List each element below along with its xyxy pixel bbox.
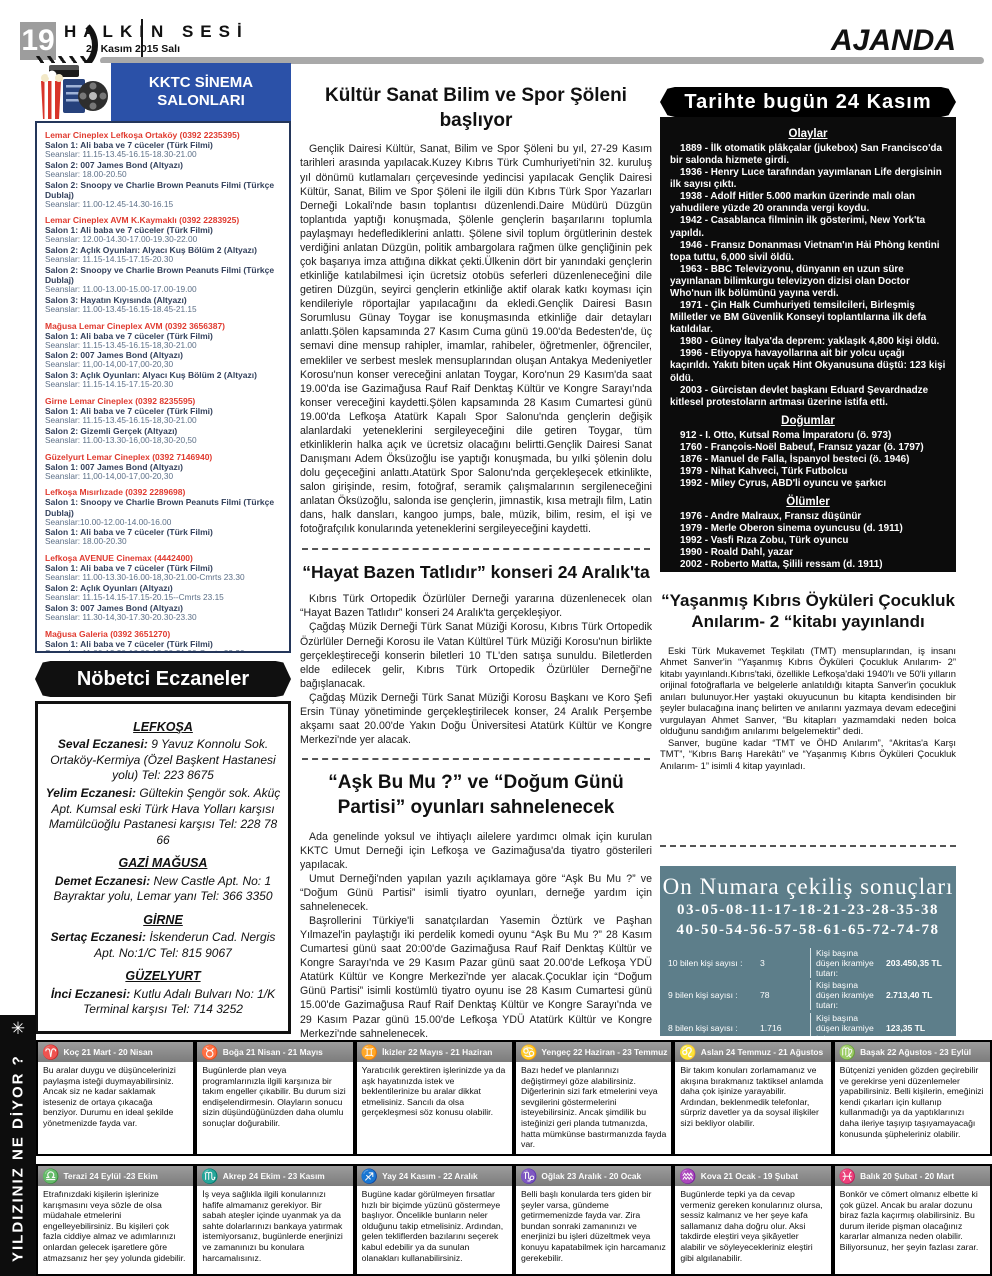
horoscope-header-terazi: ♎Terazi 24 Eylül -23 Ekim (38, 1166, 193, 1186)
history-birth: 1760 - François-Noël Babeuf, Fransız yaz… (670, 442, 946, 454)
pharmacy-city: GİRNE (44, 912, 282, 928)
cinema-venue: Lemar Cineplex AVM K.Kaymaklı (0392 2283… (45, 215, 281, 314)
cinema-showtimes: Seanslar: 12.00-14.30-17.00-19.30-22.00 (45, 235, 281, 245)
cinema-film-title: Salon 2: Snoopy ve Charlie Brown Peanuts… (45, 180, 281, 200)
lottery-numbers-line2: 40-50-54-56-57-58-61-65-72-74-78 (660, 920, 956, 940)
lottery-prize-amount: 2.713,40 TL (886, 990, 948, 1000)
article-paragraph: Başrollerini Türkiye'li sanatçılardan Ya… (300, 914, 652, 1041)
cinema-showtimes: Seanslar: 18.00-20.50 (45, 170, 281, 180)
article-3-body: Ada genelinde yoksul ve ihtiyaçlı ailele… (300, 830, 652, 1055)
cinema-header: KKTC SİNEMA SALONLARI (35, 63, 291, 121)
lottery-tier-label: 10 bilen kişi sayısı : (668, 958, 756, 968)
horoscope-title-kova: Kova 21 Ocak - 19 Şubat (701, 1171, 798, 1181)
horoscope-text-basak: Bütçenizi yeniden gözden geçirebilir ve … (835, 1062, 990, 1142)
pharmacy-entry: Sertaç Eczanesi: İskenderun Cad. Nergis … (44, 930, 282, 961)
history-event: 1946 - Fransız Donanması Vietnam'ın Hải … (670, 240, 946, 264)
pharmacy-name: Yelim Eczanesi: (46, 786, 140, 800)
history-death: 1992 - Vasfi Rıza Zobu, Türk oyuncu (670, 535, 946, 547)
horoscope-side-banner: ✳ YILDIZINIZ NE DİYOR ? (0, 1015, 36, 1276)
horoscope-header-boga: ♉Boğa 21 Nisan - 21 Mayıs (197, 1042, 352, 1062)
koc-zodiac-icon: ♈ (42, 1045, 59, 1059)
history-death: 1979 - Merle Oberon sinema oyuncusu (d. … (670, 523, 946, 535)
cinema-showtimes: Seanslar: 11.00-13.45-16.15-18.45-21.15 (45, 305, 281, 315)
lottery-prize-label: Kişi başına düşen ikramiye tutarı: (810, 980, 882, 1010)
cinema-venue-name: Girne Lemar Cineplex (0392 8235595) (45, 396, 281, 406)
cinema-showtimes: Seanslar: 11.00-13.30-16.00-18,30-21.00-… (45, 649, 281, 653)
horoscope-header-basak: ♍Başak 22 Ağustos - 23 Eylül (835, 1042, 990, 1062)
yay-zodiac-icon: ♐ (361, 1169, 378, 1183)
horoscope-yengec: ♋Yengeç 22 Haziran - 23 TemmuzBazı hedef… (514, 1040, 673, 1156)
pharmacy-entry: Seval Eczanesi: 9 Yavuz Konnolu Sok. Ort… (44, 737, 282, 784)
horoscope-text-boga: Bugünlerde plan veya programlarınızla il… (197, 1062, 352, 1132)
horoscope-title-oglak: Oğlak 23 Aralık - 20 Ocak (541, 1171, 641, 1181)
horoscope-title-akrep: Akrep 24 Ekim - 23 Kasım (223, 1171, 325, 1181)
horoscope-text-yay: Bugüne kadar görülmeyen fırsatlar hızlı … (357, 1186, 512, 1266)
horoscope-title-koc: Koç 21 Mart - 20 Nisan (63, 1047, 152, 1057)
history-event: 1996 - Etiyopya havayollarına ait bir yo… (670, 348, 946, 384)
aslan-zodiac-icon: ♌ (679, 1045, 696, 1059)
horoscope-title-basak: Başak 22 Ağustos - 23 Eylül (860, 1047, 971, 1057)
cinema-venue-name: Lemar Cineplex Lefkoşa Ortaköy (0392 223… (45, 130, 281, 140)
article-paragraph: Gençlik Dairesi Kültür, Sanat, Bilim ve … (300, 142, 652, 536)
horoscope-text-kova: Bugünlerde tepki ya da cevap vermeniz ge… (675, 1186, 830, 1266)
horoscope-title-ikizler: İkizler 22 Mayıs - 21 Haziran (382, 1047, 492, 1057)
history-birth: 1979 - Nihat Kahveci, Türk Futbolcu (670, 466, 946, 478)
middle-column: Kültür Sanat Bilim ve Spor Şöleni başlıy… (300, 84, 652, 1055)
article-1-title: Kültür Sanat Bilim ve Spor Şöleni başlıy… (300, 84, 652, 133)
horoscope-balik: ♓Balık 20 Şubat - 20 MartBonkör ve cömer… (833, 1164, 992, 1276)
horoscope-text-oglak: Belli başlı konularda ters giden bir şey… (516, 1186, 671, 1266)
horoscope-header-yay: ♐Yay 24 Kasım - 22 Aralık (357, 1166, 512, 1186)
horoscope-header-akrep: ♏Akrep 24 Ekim - 23 Kasım (197, 1166, 352, 1186)
terazi-zodiac-icon: ♎ (42, 1169, 59, 1183)
horoscope-text-terazi: Etrafınızdaki kişilerin işlerinize karış… (38, 1186, 193, 1266)
dashed-separator (302, 548, 650, 550)
cinema-showtimes: Seanslar: 11.15-13.45-16.15-18,30-21.00 (45, 416, 281, 426)
on-this-day-banner: Tarihte bugün 24 Kasım (660, 87, 956, 117)
pharmacy-entry: Demet Eczanesi: New Castle Apt. No: 1 Ba… (44, 874, 282, 905)
horoscope-terazi: ♎Terazi 24 Eylül -23 EkimEtrafınızdaki k… (36, 1164, 195, 1276)
cinema-showtimes: Seanslar:10.00-12.00-14.00-16.00 (45, 518, 281, 528)
history-birth: 1876 - Manuel de Falla, İspanyol besteci… (670, 454, 946, 466)
akrep-zodiac-icon: ♏ (201, 1169, 218, 1183)
cinema-venue: Lefkoşa Mısırlızade (0392 2289698)Salon … (45, 487, 281, 547)
cinema-showtimes: Seanslar: 11.15-13.45-16.15-18.30-21.00 (45, 150, 281, 160)
article-2-body: Kıbrıs Türk Ortopedik Özürlüler Derneği … (300, 592, 652, 747)
balik-zodiac-icon: ♓ (839, 1169, 856, 1183)
newspaper-page: 19 HALKIN SESİ 24 Kasım 2015 Salı AJANDA (0, 0, 992, 1276)
lottery-tier-label: 8 bilen kişi sayısı : (668, 1023, 756, 1033)
cinema-venue: Güzelyurt Lemar Cineplex (0392 7146940)S… (45, 452, 281, 482)
pharmacy-name: Demet Eczanesi: (55, 874, 154, 888)
article-paragraph: Çağdaş Müzik Derneği Türk Sanat Müziği K… (300, 691, 652, 747)
cinema-venue: Mağusa Lemar Cineplex AVM (0392 3656387)… (45, 321, 281, 390)
article-1-body: Gençlik Dairesi Kültür, Sanat, Bilim ve … (300, 142, 652, 536)
cinema-venue-name: Mağusa Galeria (0392 3651270) (45, 629, 281, 639)
lottery-prize-label: Kişi başına düşen ikramiye tutarı: (810, 1013, 882, 1037)
history-death: 1976 - Andre Malraux, Fransız düşünür (670, 511, 946, 523)
pharmacy-city: LEFKOŞA (44, 719, 282, 735)
cinema-venue: Girne Lemar Cineplex (0392 8235595)Salon… (45, 396, 281, 446)
book-article-body: Eski Türk Mukavemet Teşkilatı (TMT) mens… (660, 645, 956, 771)
article-paragraph: Çağdaş Müzik Derneği Türk Sanat Müziği K… (300, 620, 652, 690)
dashed-separator (302, 758, 650, 760)
horoscope-header-oglak: ♑Oğlak 23 Aralık - 20 Ocak (516, 1166, 671, 1186)
basak-zodiac-icon: ♍ (839, 1045, 856, 1059)
lottery-tier-label: 9 bilen kişi sayısı : (668, 990, 756, 1000)
history-event: 1942 - Casablanca filminin ilk gösterimi… (670, 215, 946, 239)
cinema-showtimes: Seanslar: 11.00-13.30-16.00-18,30-21.00-… (45, 573, 281, 583)
cinema-venue: Lemar Cineplex Lefkoşa Ortaköy (0392 223… (45, 130, 281, 209)
masthead-date: 24 Kasım 2015 Salı (86, 43, 180, 55)
history-birth: 1992 - Miley Cyrus, ABD'li oyuncu ve şar… (670, 478, 946, 490)
horoscope-boga: ♉Boğa 21 Nisan - 21 MayısBugünlerde plan… (195, 1040, 354, 1156)
history-death: 1990 - Roald Dahl, yazar (670, 547, 946, 559)
horoscope-title-yay: Yay 24 Kasım - 22 Aralık (382, 1171, 478, 1181)
cinema-showtimes: Seanslar: 11.15-14.15-17.15-20.30 (45, 255, 281, 265)
horoscope-text-aslan: Bir takım konuları zorlamamanız ve akışı… (675, 1062, 830, 1132)
pharmacy-group: GÜZELYURTİnci Eczanesi: Kutlu Adalı Bulv… (44, 968, 282, 1017)
history-event: 1938 - Adolf Hitler 5.000 markın üzerind… (670, 191, 946, 215)
book-article-title: “Yaşanmış Kıbrıs Öyküleri Çocukluk Anıla… (660, 590, 956, 633)
cinema-popcorn-reel-icon (35, 63, 111, 121)
masthead-title: HALKIN SESİ (64, 22, 249, 42)
cinema-venue: Mağusa Galeria (0392 3651270)Salon 1: Al… (45, 629, 281, 654)
lottery-prize-amount: 203.450,35 TL (886, 958, 948, 968)
cinema-title: KKTC SİNEMA SALONLARI (111, 63, 291, 121)
cinema-showtimes: Seanslar: 18.00-20.30 (45, 537, 281, 547)
horoscope-grid: ♈Koç 21 Mart - 20 NisanBu aralar duygu v… (36, 1040, 992, 1276)
article-paragraph: Eski Türk Mukavemet Teşkilatı (TMT) mens… (660, 645, 956, 737)
cinema-showtimes: Seanslar: 11.00-13.00-15.00-17.00-19.00 (45, 285, 281, 295)
horoscope-header-yengec: ♋Yengeç 22 Haziran - 23 Temmuz (516, 1042, 671, 1062)
horoscope-text-balik: Bonkör ve cömert olmanız elbette ki çok … (835, 1186, 990, 1256)
history-event: 1980 - Güney İtalya'da deprem: yaklaşık … (670, 336, 946, 348)
horoscope-text-koc: Bu aralar duygu ve düşüncelerinizi payla… (38, 1062, 193, 1132)
horoscope-text-ikizler: Yaratıcılık gerektiren işlerinizde ya da… (357, 1062, 512, 1121)
horoscope-text-akrep: İş veya sağlıkla ilgili konularınızı haf… (197, 1186, 352, 1266)
horoscope-oglak: ♑Oğlak 23 Aralık - 20 OcakBelli başlı ko… (514, 1164, 673, 1276)
pharmacy-city: GÜZELYURT (44, 968, 282, 984)
article-paragraph: Ada genelinde yoksul ve ihtiyaçlı ailele… (300, 830, 652, 872)
cinema-showtimes: Seanslar: 11.15-14.15-17.15-20.30 (45, 380, 281, 390)
ikizler-zodiac-icon: ♊ (361, 1045, 378, 1059)
cinema-venue: Lefkoşa AVENUE Cinemax (4442400)Salon 1:… (45, 553, 281, 622)
pharmacy-entry: İnci Eczanesi: Kutlu Adalı Bulvarı No: 1… (44, 987, 282, 1018)
article-paragraph: Sanver, bugüne kadar “TMT ve ÖHD Anıları… (660, 737, 956, 771)
lottery-tier-count: 1.716 (760, 1023, 806, 1033)
pharmacy-group: GAZİ MAĞUSADemet Eczanesi: New Castle Ap… (44, 855, 282, 904)
history-birth-heading: Doğumlar (670, 414, 946, 428)
cinema-film-title: Salon 2: Snoopy ve Charlie Brown Peanuts… (45, 265, 281, 285)
pharmacy-name: Sertaç Eczanesi: (51, 930, 150, 944)
pharmacies-banner: Nöbetci Eczaneler (35, 661, 291, 697)
article-3-title: “Aşk Bu Mu ?” ve “Doğum Günü Partisi” oy… (300, 771, 652, 820)
kova-zodiac-icon: ♒ (679, 1169, 696, 1183)
cinema-venue-name: Güzelyurt Lemar Cineplex (0392 7146940) (45, 452, 281, 462)
history-event: 1971 - Çin Halk Cumhuriyeti temsilcileri… (670, 300, 946, 336)
pharmacy-city: GAZİ MAĞUSA (44, 855, 282, 871)
horoscope-title-balik: Balık 20 Şubat - 20 Mart (860, 1171, 954, 1181)
cinema-listings: Lemar Cineplex Lefkoşa Ortaköy (0392 223… (35, 121, 291, 653)
lottery-prize-amount: 123,35 TL (886, 1023, 948, 1033)
horoscope-header-koc: ♈Koç 21 Mart - 20 Nisan (38, 1042, 193, 1062)
horoscope-banner-text: YILDIZINIZ NE DİYOR ? (0, 1041, 36, 1276)
horoscope-title-boga: Boğa 21 Nisan - 21 Mayıs (223, 1047, 323, 1057)
horoscope-koc: ♈Koç 21 Mart - 20 NisanBu aralar duygu v… (36, 1040, 195, 1156)
article-paragraph: Kıbrıs Türk Ortopedik Özürlüler Derneği … (300, 592, 652, 620)
horoscope-header-balik: ♓Balık 20 Şubat - 20 Mart (835, 1166, 990, 1186)
lottery-tier-count: 3 (760, 958, 806, 968)
history-event: 1963 - BBC Televizyonu, dünyanın en uzun… (670, 264, 946, 300)
lottery-numbers-line1: 03-05-08-11-17-18-21-23-28-35-38 (660, 900, 956, 920)
cinema-showtimes: Seanslar: 11,00-14,00-17,00-20,30 (45, 360, 281, 370)
masthead-divider (141, 19, 143, 57)
horoscope-title-aslan: Aslan 24 Temmuz - 21 Ağustos (701, 1047, 823, 1057)
lottery-prize-table: 10 bilen kişi sayısı :3Kişi başına düşen… (660, 941, 956, 1037)
sparkle-icon: ✳ (0, 1019, 36, 1039)
cinema-showtimes: Seanslar: 11,00-14,00-17,00-20,30 (45, 472, 281, 482)
pharmacy-name: İnci Eczanesi: (51, 987, 134, 1001)
history-event: 1936 - Henry Luce tarafından yayımlanan … (670, 167, 946, 191)
pharmacy-group: GİRNESertaç Eczanesi: İskenderun Cad. Ne… (44, 912, 282, 961)
horoscope-basak: ♍Başak 22 Ağustos - 23 EylülBütçenizi ye… (833, 1040, 992, 1156)
history-event-heading: Olaylar (670, 127, 946, 141)
cinema-showtimes: Seanslar: 11.15-14.15-17.15-20.15--Cmrts… (45, 593, 281, 603)
horoscope-yay: ♐Yay 24 Kasım - 22 AralıkBugüne kadar gö… (355, 1164, 514, 1276)
on-this-day-list: Olaylar1889 - İlk otomatik plâkçalar (ju… (660, 117, 956, 572)
section-title: AJANDA (831, 24, 956, 58)
pharmacy-entry: Yelim Eczanesi: Gültekin Şengör sok. Akü… (44, 786, 282, 848)
lottery-results-panel: On Numara çekiliş sonuçları 03-05-08-11-… (660, 866, 956, 1036)
cinema-showtimes: Seanslar: 11.00-12.45-14.30-16.15 (45, 200, 281, 210)
cinema-venue-name: Lefkoşa Mısırlızade (0392 2289698) (45, 487, 281, 497)
cinema-showtimes: Seanslar: 11.15-13.45-16.15-18,30-21.00 (45, 341, 281, 351)
pharmacies-list: LEFKOŞASeval Eczanesi: 9 Yavuz Konnolu S… (35, 701, 291, 1034)
dashed-separator (660, 845, 956, 847)
history-event: 1889 - İlk otomatik plâkçalar (jukebox) … (670, 143, 946, 167)
horoscope-header-kova: ♒Kova 21 Ocak - 19 Şubat (675, 1166, 830, 1186)
lottery-tier-count: 78 (760, 990, 806, 1000)
lottery-title: On Numara çekiliş sonuçları (660, 874, 956, 900)
history-death-heading: Ölümler (670, 495, 946, 509)
article-paragraph: Umut Derneği'nden yapılan yazılı açıklam… (300, 872, 652, 914)
article-2-title: “Hayat Bazen Tatlıdır” konseri 24 Aralık… (300, 561, 652, 584)
cinema-showtimes: Seanslar: 11.30-14,30-17.30-20.30-23.30 (45, 613, 281, 623)
yengec-zodiac-icon: ♋ (520, 1045, 537, 1059)
history-birth: 912 - I. Otto, Kutsal Roma İmparatoru (ö… (670, 430, 946, 442)
horoscope-header-aslan: ♌Aslan 24 Temmuz - 21 Ağustos (675, 1042, 830, 1062)
oglak-zodiac-icon: ♑ (520, 1169, 537, 1183)
cinema-film-title: Salon 1: Snoopy ve Charlie Brown Peanuts… (45, 497, 281, 517)
cinema-venue-name: Lemar Cineplex AVM K.Kaymaklı (0392 2283… (45, 215, 281, 225)
horoscope-text-yengec: Bazı hedef ve planlarınızı değiştirmeyi … (516, 1062, 671, 1153)
cinema-showtimes: Seanslar: 11.00-13.30-16,00-18,30-20,50 (45, 436, 281, 446)
pharmacy-name: Seval Eczanesi: (58, 737, 151, 751)
horoscope-aslan: ♌Aslan 24 Temmuz - 21 AğustosBir takım k… (673, 1040, 832, 1156)
horoscope-kova: ♒Kova 21 Ocak - 19 ŞubatBugünlerde tepki… (673, 1164, 832, 1276)
cinema-venue-name: Lefkoşa AVENUE Cinemax (4442400) (45, 553, 281, 563)
pharmacy-group: LEFKOŞASeval Eczanesi: 9 Yavuz Konnolu S… (44, 719, 282, 848)
horoscope-title-yengec: Yengeç 22 Haziran - 23 Temmuz (541, 1047, 667, 1057)
horoscope-title-terazi: Terazi 24 Eylül -23 Ekim (63, 1171, 157, 1181)
horoscope-header-ikizler: ♊İkizler 22 Mayıs - 21 Haziran (357, 1042, 512, 1062)
cinema-venue-name: Mağusa Lemar Cineplex AVM (0392 3656387) (45, 321, 281, 331)
boga-zodiac-icon: ♉ (201, 1045, 218, 1059)
horoscope-akrep: ♏Akrep 24 Ekim - 23 Kasımİş veya sağlıkl… (195, 1164, 354, 1276)
lottery-prize-label: Kişi başına düşen ikramiye tutarı: (810, 948, 882, 978)
history-death: 2002 - Roberto Matta, Şilili ressam (d. … (670, 559, 946, 571)
horoscope-ikizler: ♊İkizler 22 Mayıs - 21 HaziranYaratıcılı… (355, 1040, 514, 1156)
history-event: 2003 - Gürcistan devlet başkanı Eduard Ş… (670, 385, 946, 409)
